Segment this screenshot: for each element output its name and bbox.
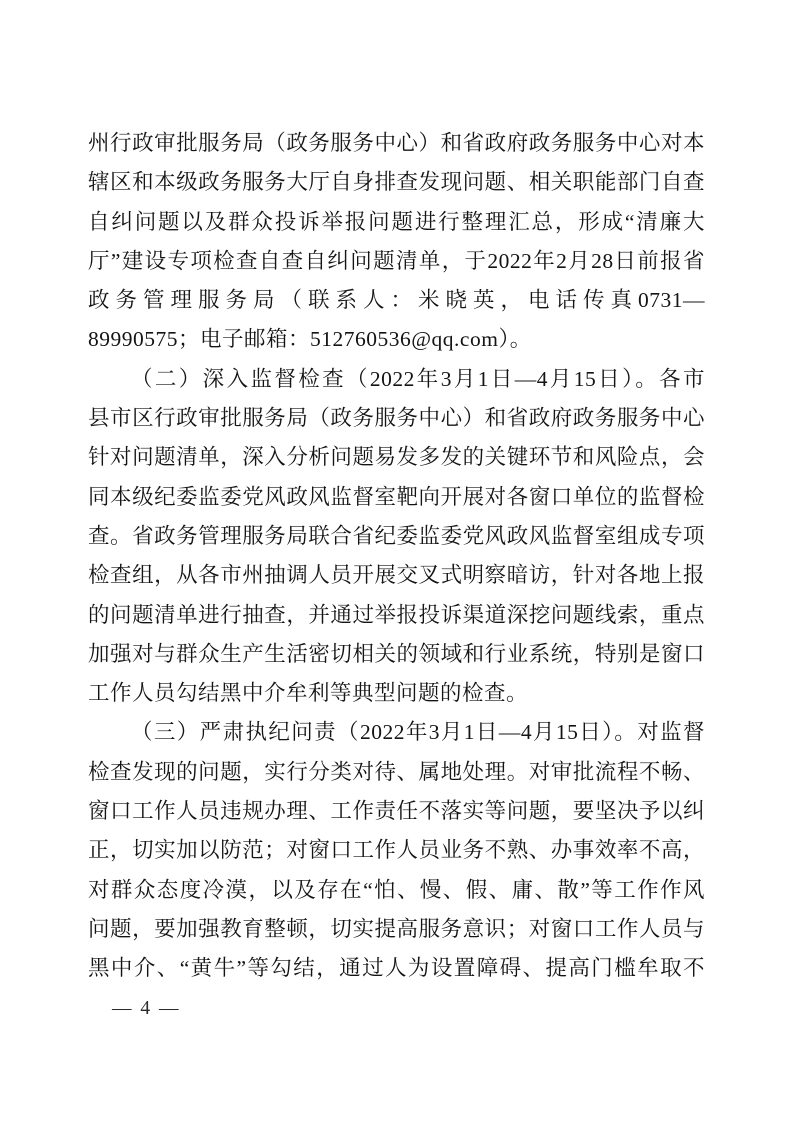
paragraph-1: 州行政审批服务局（政务服务中心）和省政府政务服务中心对本 辖区和本级政务服务大厅… — [88, 124, 705, 360]
text-line: 州行政审批服务局（政务服务中心）和省政府政务服务中心对本 — [88, 124, 705, 163]
text-line: （二）深入监督检查（2022年3月1日—4月15日）。各市州、 — [88, 360, 705, 399]
text-line: 自纠问题以及群众投诉举报问题进行整理汇总，形成“清廉大 — [88, 203, 705, 242]
document-page: 州行政审批服务局（政务服务中心）和省政府政务服务中心对本 辖区和本级政务服务大厅… — [0, 0, 793, 1122]
text-line: 对群众态度冷漠，以及存在“怕、慢、假、庸、散”等工作作风 — [88, 871, 705, 910]
page-number: — 4 — — [112, 997, 181, 1021]
text-line: 县市区行政审批服务局（政务服务中心）和省政府政务服务中心 — [88, 399, 705, 438]
text-line: 黑中介、“黄牛”等勾结，通过人为设置障碍、提高门槛牟取不 — [88, 949, 705, 988]
text-line: 厅”建设专项检查自查自纠问题清单，于2022年2月28日前报省 — [88, 242, 705, 281]
document-body: 州行政审批服务局（政务服务中心）和省政府政务服务中心对本 辖区和本级政务服务大厅… — [88, 124, 705, 989]
text-line: 工作人员勾结黑中介牟利等典型问题的检查。 — [88, 674, 705, 713]
text-line: 问题，要加强教育整顿，切实提高服务意识；对窗口工作人员与 — [88, 910, 705, 949]
text-line: 检查发现的问题，实行分类对待、属地处理。对审批流程不畅、 — [88, 753, 705, 792]
text-line: 89990575；电子邮箱：512760536@qq.com）。 — [88, 320, 705, 359]
text-line: 针对问题清单，深入分析问题易发多发的关键环节和风险点，会 — [88, 438, 705, 477]
text-line: 正，切实加以防范；对窗口工作人员业务不熟、办事效率不高， — [88, 831, 705, 870]
paragraph-2: （二）深入监督检查（2022年3月1日—4月15日）。各市州、 县市区行政审批服… — [88, 360, 705, 714]
text-line: 辖区和本级政务服务大厅自身排查发现问题、相关职能部门自查 — [88, 163, 705, 202]
text-line: 窗口工作人员违规办理、工作责任不落实等问题，要坚决予以纠 — [88, 792, 705, 831]
text-line: 的问题清单进行抽查，并通过举报投诉渠道深挖问题线索，重点 — [88, 596, 705, 635]
text-line: 查。省政务管理服务局联合省纪委监委党风政风监督室组成专项 — [88, 517, 705, 556]
text-line: （三）严肃执纪问责（2022年3月1日—4月15日）。对监督 — [88, 713, 705, 752]
text-line: 同本级纪委监委党风政风监督室靶向开展对各窗口单位的监督检 — [88, 478, 705, 517]
text-line: 检查组，从各市州抽调人员开展交叉式明察暗访，针对各地上报 — [88, 556, 705, 595]
text-line: 政务管理服务局（联系人：米晓英，电话传真0731—89990429、 — [88, 281, 705, 320]
paragraph-3: （三）严肃执纪问责（2022年3月1日—4月15日）。对监督 检查发现的问题，实… — [88, 713, 705, 988]
text-line: 加强对与群众生产生活密切相关的领域和行业系统，特别是窗口 — [88, 635, 705, 674]
